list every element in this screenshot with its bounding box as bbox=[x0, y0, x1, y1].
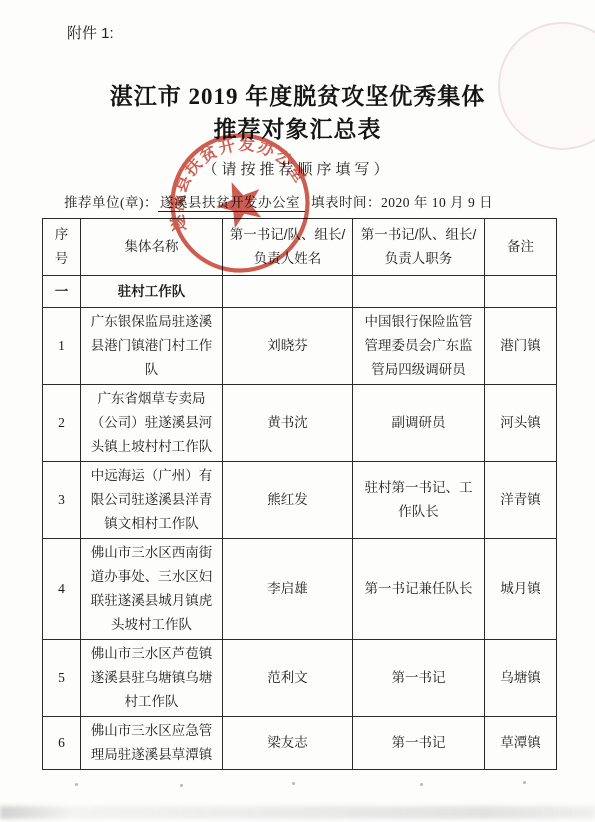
cell-person-name: 熊红发 bbox=[223, 462, 353, 539]
cell-remark: 城月镇 bbox=[485, 539, 557, 640]
cell-person-name bbox=[223, 276, 353, 308]
table-row: 4 佛山市三水区西南街道办事处、三水区妇联驻遂溪县城月镇虎头坡村工作队 李启雄 … bbox=[43, 539, 557, 640]
meta-line: 推荐单位(章)：遂溪县扶贫开发办公室填表时间：2020 年 10 月 9 日 bbox=[64, 191, 564, 211]
table-header: 序 号 集体名称 第一书记/队、组长/ 负责人姓名 第一书记/队、组长/ 负责人… bbox=[43, 219, 557, 276]
cell-serial: 一 bbox=[43, 276, 81, 308]
col-header-position: 第一书记/队、组长/ 负责人职务 bbox=[353, 219, 485, 276]
cell-person-name: 刘晓芬 bbox=[223, 308, 353, 385]
cell-serial: 4 bbox=[43, 539, 81, 640]
cell-remark bbox=[485, 276, 557, 308]
scan-artifact-dot bbox=[180, 784, 183, 787]
cell-remark: 草潭镇 bbox=[485, 717, 557, 770]
cell-position: 副调研员 bbox=[353, 385, 485, 462]
col-header-serial: 序 号 bbox=[43, 219, 81, 276]
cell-collective-name: 中远海运（广州）有限公司驻遂溪县洋青镇文相村工作队 bbox=[81, 462, 223, 539]
table-row: 5 佛山市三水区芦苞镇遂溪县驻乌塘镇乌塘村工作队 范利文 第一书记 乌塘镇 bbox=[43, 640, 557, 717]
table-row: 2 广东省烟草专卖局（公司）驻遂溪县河头镇上坡村村工作队 黄书沈 副调研员 河头… bbox=[43, 385, 557, 462]
cell-position bbox=[353, 276, 485, 308]
cell-person-name: 梁友志 bbox=[223, 717, 353, 770]
table-body: 一 驻村工作队 1 广东银保监局驻遂溪县港门镇港门村工作队 刘晓芬 中国银行保险… bbox=[43, 276, 557, 770]
fill-date-label: 填表时间： bbox=[311, 195, 381, 210]
cell-collective-name: 佛山市三水区芦苞镇遂溪县驻乌塘镇乌塘村工作队 bbox=[81, 640, 223, 717]
cell-serial: 6 bbox=[43, 717, 81, 770]
scan-artifact-band bbox=[0, 806, 595, 819]
cell-person-name: 黄书沈 bbox=[223, 385, 353, 462]
table-row: 3 中远海运（广州）有限公司驻遂溪县洋青镇文相村工作队 熊红发 驻村第一书记、工… bbox=[43, 462, 557, 539]
document-subtitle: （请按推荐顺序填写） bbox=[0, 158, 595, 179]
cell-serial: 2 bbox=[43, 385, 81, 462]
cell-position: 驻村第一书记、工作队长 bbox=[353, 462, 485, 539]
cell-collective-name: 驻村工作队 bbox=[81, 276, 223, 308]
cell-position: 中国银行保险监管管理委员会广东监管局四级调研员 bbox=[353, 308, 485, 385]
scan-artifact-dot bbox=[420, 783, 423, 786]
cell-serial: 3 bbox=[43, 462, 81, 539]
col-header-collective-name: 集体名称 bbox=[81, 219, 223, 276]
recommend-unit-value: 遂溪县扶贫开发办公室 bbox=[158, 195, 305, 212]
cell-position: 第一书记 bbox=[353, 717, 485, 770]
scanned-document-page: 附件 1: 湛江市 2019 年度脱贫攻坚优秀集体 推荐对象汇总表 （请按推荐顺… bbox=[0, 0, 595, 822]
cell-position: 第一书记 bbox=[353, 640, 485, 717]
cell-collective-name: 佛山市三水区西南街道办事处、三水区妇联驻遂溪县城月镇虎头坡村工作队 bbox=[81, 539, 223, 640]
col-header-remark: 备注 bbox=[485, 219, 557, 276]
table-header-row: 序 号 集体名称 第一书记/队、组长/ 负责人姓名 第一书记/队、组长/ 负责人… bbox=[43, 219, 557, 276]
cell-serial: 1 bbox=[43, 308, 81, 385]
cell-collective-name: 佛山市三水区应急管理局驻遂溪县草潭镇 bbox=[81, 717, 223, 770]
scan-artifact-dot bbox=[292, 782, 295, 785]
cell-remark: 洋青镇 bbox=[485, 462, 557, 539]
scan-artifact-dot bbox=[75, 783, 78, 786]
cell-collective-name: 广东银保监局驻遂溪县港门镇港门村工作队 bbox=[81, 308, 223, 385]
cell-collective-name: 广东省烟草专卖局（公司）驻遂溪县河头镇上坡村村工作队 bbox=[81, 385, 223, 462]
summary-table: 序 号 集体名称 第一书记/队、组长/ 负责人姓名 第一书记/队、组长/ 负责人… bbox=[42, 218, 557, 770]
attachment-label: 附件 1: bbox=[67, 22, 114, 43]
table-row: 1 广东银保监局驻遂溪县港门镇港门村工作队 刘晓芬 中国银行保险监管管理委员会广… bbox=[43, 308, 557, 385]
cell-remark: 乌塘镇 bbox=[485, 640, 557, 717]
scan-artifact-dot bbox=[523, 781, 526, 784]
table-row: 6 佛山市三水区应急管理局驻遂溪县草潭镇 梁友志 第一书记 草潭镇 bbox=[43, 717, 557, 770]
fill-date-value: 2020 年 10 月 9 日 bbox=[381, 195, 493, 210]
cell-serial: 5 bbox=[43, 640, 81, 717]
recommend-unit-label: 推荐单位(章)： bbox=[64, 195, 158, 210]
cell-person-name: 范利文 bbox=[223, 640, 353, 717]
table-section-row: 一 驻村工作队 bbox=[43, 276, 557, 308]
cell-position: 第一书记兼任队长 bbox=[353, 539, 485, 640]
col-header-person-name: 第一书记/队、组长/ 负责人姓名 bbox=[223, 219, 353, 276]
cell-remark: 港门镇 bbox=[485, 308, 557, 385]
cell-person-name: 李启雄 bbox=[223, 539, 353, 640]
cell-remark: 河头镇 bbox=[485, 385, 557, 462]
